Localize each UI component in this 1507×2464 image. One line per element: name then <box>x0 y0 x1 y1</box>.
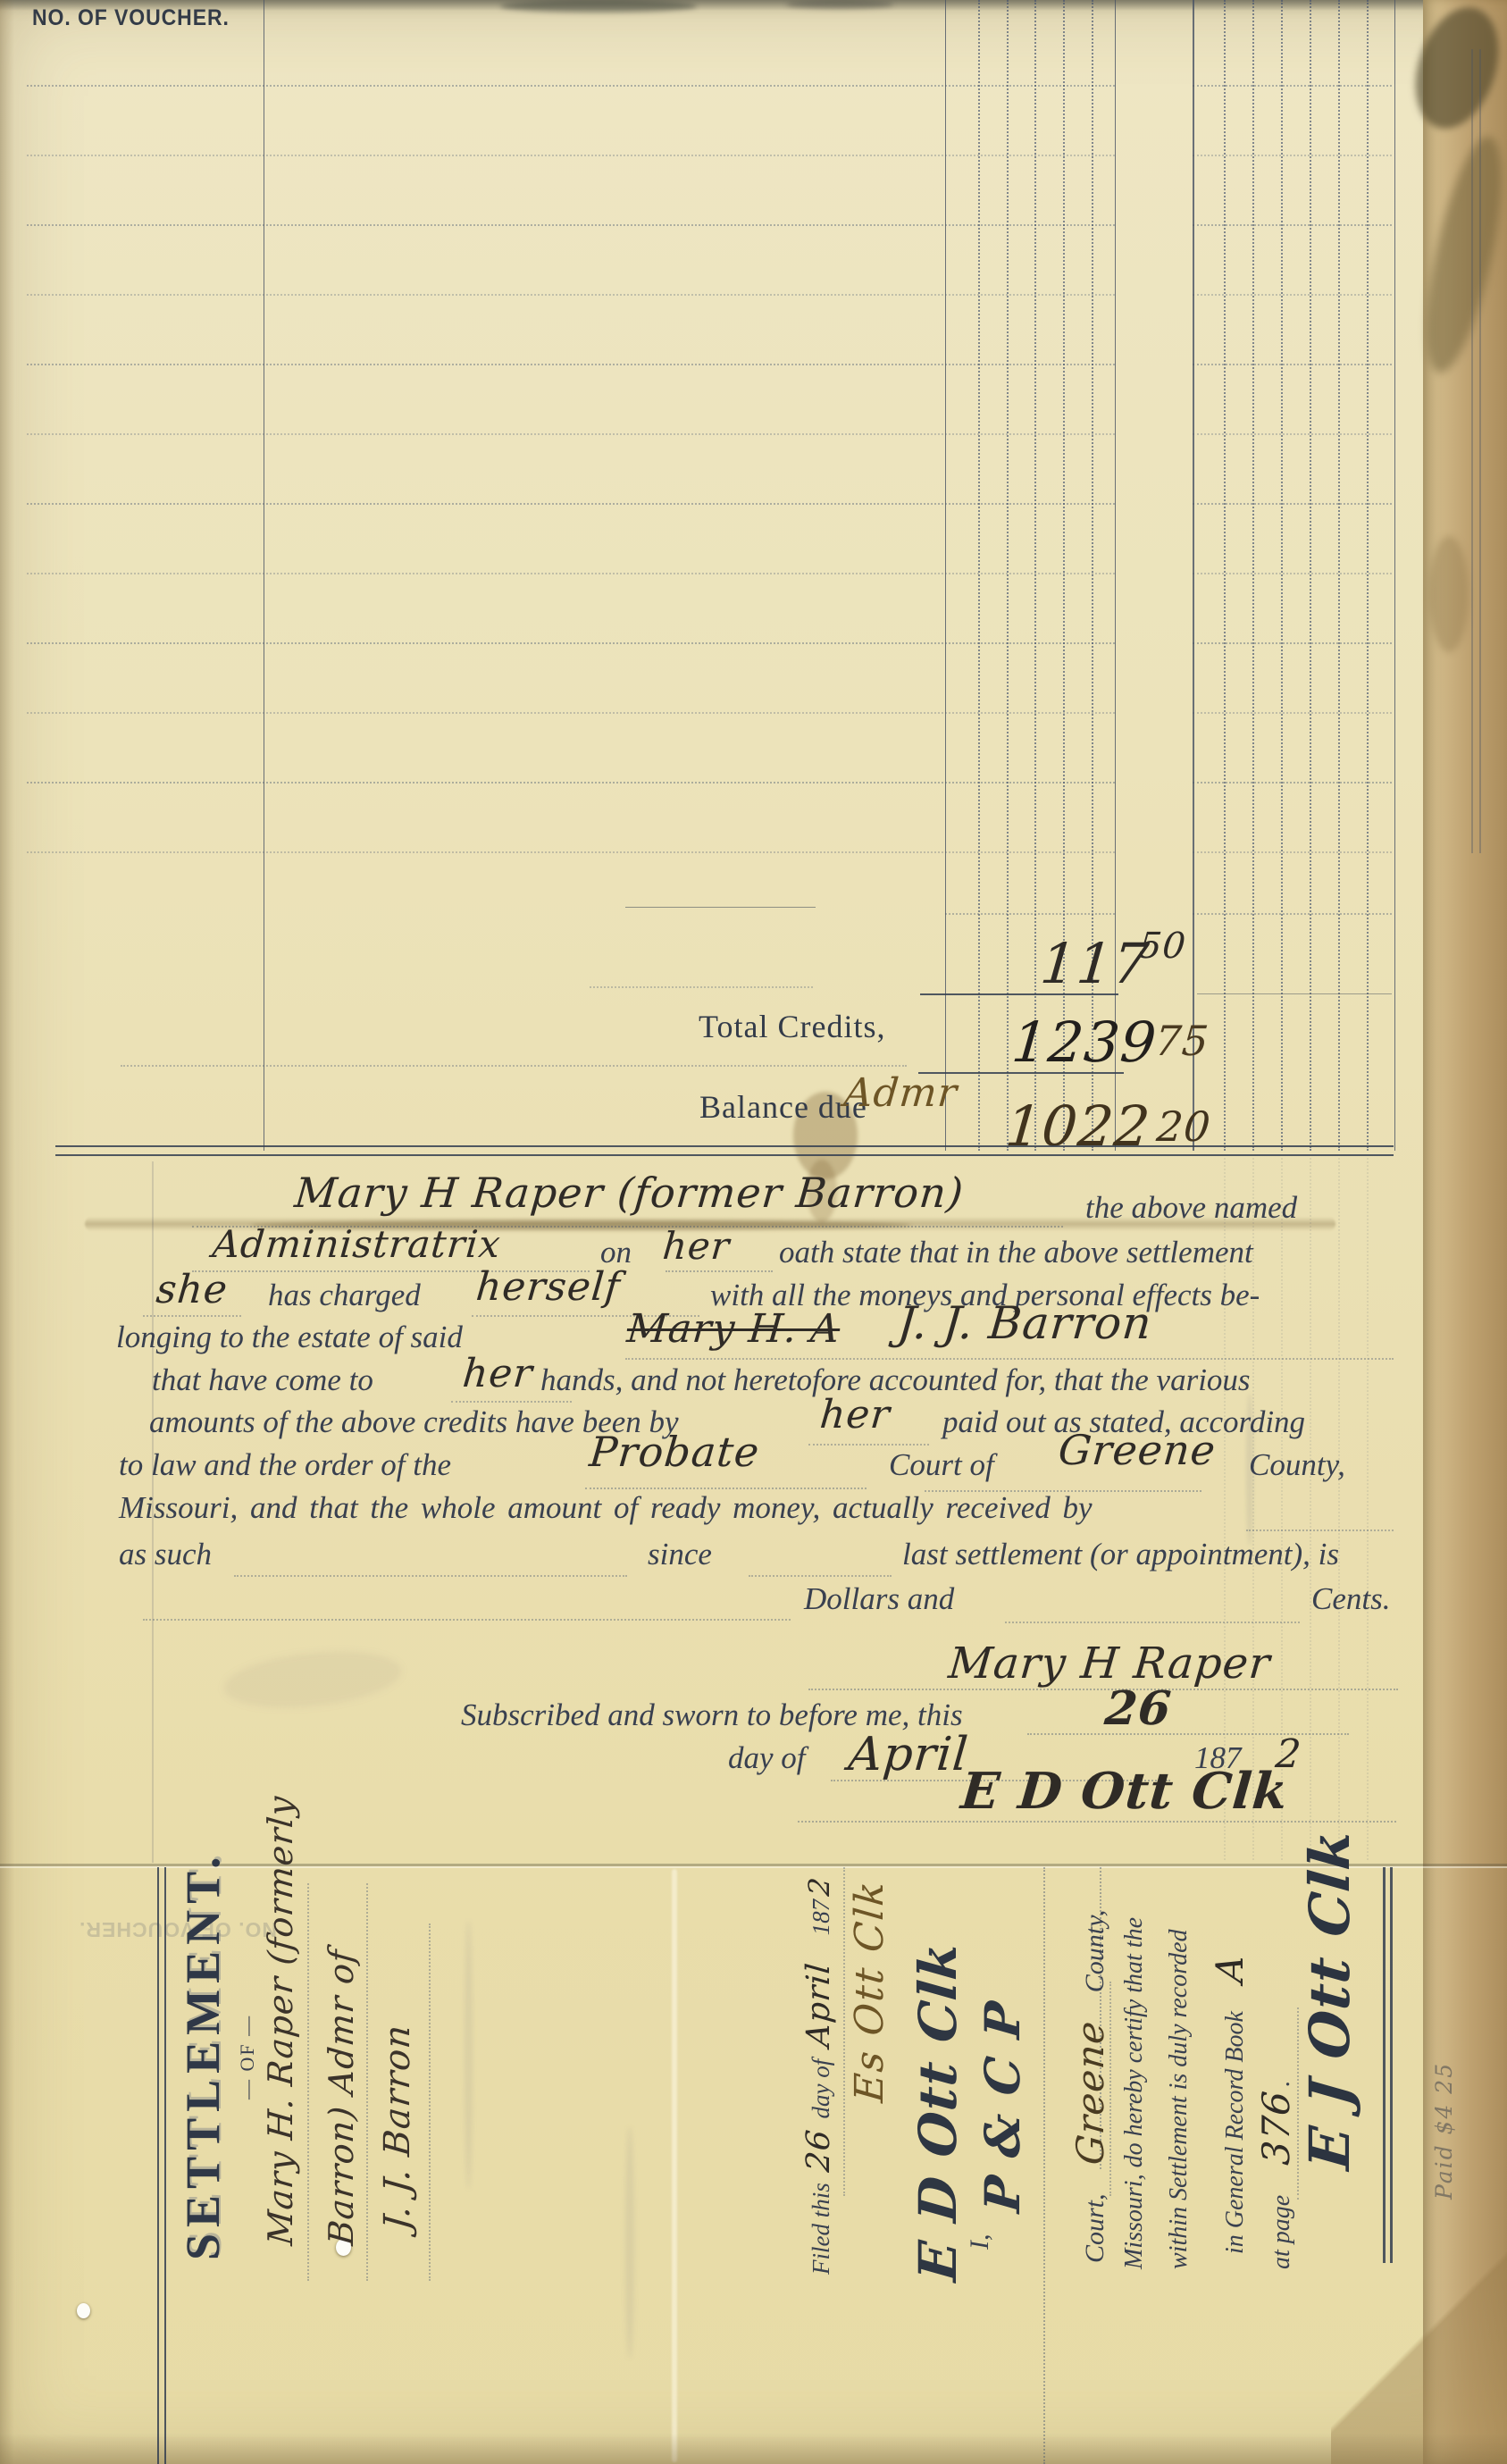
amount-dollars: 1022 <box>1003 1094 1153 1159</box>
filed-text: Filed this <box>808 2183 834 2275</box>
docket-clerk-signature-small: Es Ott Clk <box>847 1878 892 2104</box>
blank-line <box>366 1883 368 2281</box>
affidavit-her-hw: her <box>461 1351 535 1396</box>
affidavit-text: longing to the estate of said <box>116 1320 463 1355</box>
rule <box>590 986 813 988</box>
ledger-row-line <box>1193 573 1392 574</box>
money-column-dotted-rule <box>1007 0 1009 1151</box>
ledger-row-line <box>27 503 1115 505</box>
docket-clerk-signature-right: E J Ott Clk <box>1297 1827 1362 2172</box>
docket-double-rule-right <box>1383 1867 1386 2263</box>
affidavit-her-hw: her <box>818 1392 892 1437</box>
money-column-bleed-rule <box>1338 1158 1340 1860</box>
ledger-column-rule <box>264 0 264 1151</box>
jurat-text: day of <box>728 1740 806 1776</box>
ledger-row-line <box>27 85 1115 87</box>
money-column-dotted-rule <box>1224 0 1226 1151</box>
filed-year-hw: 2 <box>802 1875 836 1898</box>
blank-line <box>234 1575 627 1577</box>
cert-text: within Settlement is duly recorded <box>1165 1929 1193 2269</box>
docket-double-rule-right <box>1390 1867 1393 2263</box>
amount-cents: 75 <box>1153 1017 1211 1065</box>
total-credits-label: Total Credits, <box>699 1008 885 1045</box>
blank-line <box>143 1619 791 1621</box>
rule <box>625 907 816 908</box>
money-column-bleed-rule <box>1310 1158 1311 1860</box>
affidavit-name-hw: Mary H Raper (former Barron) <box>293 1169 967 1217</box>
docket-rule <box>1043 1867 1045 2464</box>
affidavit-text: County, <box>1249 1447 1345 1483</box>
paid-fee-note: Paid $4 25 <box>1431 2062 1457 2200</box>
filed-day-hw: 26 <box>800 2128 837 2174</box>
ledger-row-line <box>1193 155 1392 156</box>
money-column-dotted-rule <box>978 0 980 1151</box>
cert-book-hw: A <box>1208 1953 1252 1985</box>
ledger-row-line <box>1193 224 1392 226</box>
ledger-column-rule <box>945 0 946 1151</box>
docket-double-rule <box>164 1867 166 2464</box>
blank-line <box>1246 1530 1394 1531</box>
document-scan: NO. OF VOUCHER. Total Credits, Balance d… <box>0 0 1507 2464</box>
money-column-bleed-rule <box>1367 1158 1369 1860</box>
cert-book-line: in General Record Book A <box>1208 1955 1252 2254</box>
affidavit-text: Dollars and <box>804 1581 954 1617</box>
money-column-dotted-rule <box>1252 0 1254 1151</box>
ledger-row-line <box>27 782 1115 784</box>
affidavit-text: that have come to <box>152 1362 373 1398</box>
edge-rule <box>1471 49 1473 853</box>
ledger-column-rule <box>1193 0 1194 1151</box>
clerk-signature: E D Ott Clk <box>959 1762 1291 1821</box>
affidavit-text: Cents. <box>1311 1581 1390 1617</box>
affidavit-struck-name-hw: Mary H. A <box>625 1306 842 1352</box>
docket-of-label: — OF — <box>236 2015 259 2099</box>
money-column-dotted-rule <box>1367 0 1369 1151</box>
jurat-day-hw: 26 <box>1102 1681 1174 1736</box>
ledger-column-rule <box>1394 0 1395 1151</box>
affidavit-role-hw: Administratrix <box>211 1222 503 1266</box>
amount-dollars: 1239 <box>1009 1010 1160 1075</box>
affidavit-text: Missouri, and that the whole amount of r… <box>119 1490 1093 1526</box>
cert-text: Missouri, do hereby certify that the <box>1120 1917 1149 2269</box>
rule <box>121 1065 907 1067</box>
cert-text: I, <box>965 2234 995 2250</box>
ledger-row-line <box>1193 782 1392 784</box>
voucher-column-header: NO. OF VOUCHER. <box>32 5 230 31</box>
cert-court-line: Court, Greene County, <box>1068 1910 1112 2263</box>
ledger-row-line <box>1193 712 1392 714</box>
affidavit-her-hw: her <box>661 1224 732 1268</box>
cert-text: at page <box>1268 2195 1295 2269</box>
cert-county-hw: Greene <box>1068 2019 1112 2167</box>
ledger-row-line <box>27 851 1115 853</box>
affidavit-text: to law and the order of the <box>119 1447 451 1483</box>
blank-line <box>843 1867 845 2196</box>
closing-double-rule <box>55 1145 1394 1147</box>
affidavit-text: has charged <box>268 1278 421 1313</box>
affidavit-county-hw: Greene <box>1057 1426 1218 1474</box>
cert-text: County, <box>1080 1910 1109 1993</box>
closing-double-rule <box>55 1154 1394 1156</box>
amount-cents: 20 <box>1155 1102 1213 1151</box>
filed-text: day of <box>808 2059 834 2119</box>
affidavit-decedent-hw: J. J. Barron <box>895 1297 1154 1349</box>
affidavit-text: oath state that in the above settlement <box>779 1235 1253 1270</box>
affidavit-she-hw: she <box>155 1267 230 1312</box>
ledger-row-line <box>1193 433 1392 435</box>
ledger-row-line <box>1193 913 1392 915</box>
affidavit-text: last settlement (or appointment), is <box>902 1537 1339 1572</box>
blank-line <box>625 1358 1394 1360</box>
signature-line <box>808 1689 1398 1690</box>
ledger-row-line <box>945 913 1115 915</box>
affidavit-text: since <box>648 1537 712 1572</box>
blank-line <box>808 1444 929 1446</box>
amount-dollars: 117 <box>1038 931 1152 996</box>
edge-rule <box>1479 49 1481 853</box>
affidavit-text: as such <box>119 1537 212 1572</box>
filed-text: 187 <box>808 1899 834 1936</box>
ledger-row-line <box>1193 503 1392 505</box>
rule <box>1197 993 1392 994</box>
docket-name-line: Mary H. Raper (formerly <box>261 1794 300 2247</box>
blank-line <box>1109 1982 1111 2196</box>
affidavit-text: hands, and not heretofore accounted for,… <box>540 1362 1251 1398</box>
ledger-row-line <box>27 433 1115 435</box>
docket-name-line: J. J. Barron <box>377 2023 418 2232</box>
ledger-row-line <box>1193 851 1392 853</box>
docket-panel: SETTLEMENT. — OF — Mary H. Raper (former… <box>54 1867 1394 2464</box>
blank-line <box>307 1883 309 2281</box>
docket-clerk-signature-big2: P & C P <box>974 1999 1031 2215</box>
cert-text: Court, <box>1080 2193 1109 2263</box>
docket-name-line: Barron) Admr of <box>322 1948 361 2247</box>
affidavit-herself-hw: herself <box>474 1264 623 1310</box>
blank-line <box>749 1575 892 1577</box>
blank-line <box>451 1401 572 1403</box>
ledger-row-line <box>1193 85 1392 87</box>
ledger-row-line <box>27 364 1115 365</box>
docket-title: SETTLEMENT. <box>175 1850 230 2260</box>
blank-line <box>585 1488 867 1489</box>
docket-double-rule <box>157 1867 159 2464</box>
money-column-dotted-rule <box>1338 0 1340 1151</box>
blank-line <box>429 1923 431 2281</box>
signature-line <box>798 1821 1396 1823</box>
ledger-row-line <box>1193 364 1392 365</box>
ledger-row-line <box>27 155 1115 156</box>
docket-filed-line: Filed this 26 day of April 187 2 <box>800 1877 837 2275</box>
affidavit-text: Court of <box>889 1447 994 1483</box>
cert-page-line: at page 376 . <box>1254 2081 1298 2269</box>
cert-text: in General Record Book <box>1221 2011 1249 2254</box>
money-column-dotted-rule <box>1281 0 1283 1151</box>
ledger-row-line <box>27 573 1115 574</box>
blank-line <box>666 1270 773 1272</box>
docket-clerk-signature-big: E D Ott Clk <box>908 1940 968 2284</box>
balance-due-annotation: Admr <box>842 1070 959 1116</box>
affidavit-text: the above named <box>1085 1190 1297 1226</box>
ledger-row-line <box>27 224 1115 226</box>
ledger-row-line <box>1193 642 1392 644</box>
jurat-month-hw: April <box>846 1728 970 1781</box>
filed-month-hw: April <box>800 1961 837 2049</box>
ledger-row-line <box>27 294 1115 296</box>
cert-text: . <box>1268 2081 1295 2087</box>
money-column-dotted-rule <box>1310 0 1311 1151</box>
blank-line <box>1005 1622 1300 1623</box>
ledger-row-line <box>27 642 1115 644</box>
blank-line <box>143 1315 241 1317</box>
ledger-row-line <box>27 712 1115 714</box>
money-column-dotted-rule <box>1034 0 1036 1151</box>
amount-cents: 50 <box>1137 926 1188 967</box>
cert-page-hw: 376 <box>1254 2088 1298 2166</box>
paid-note-wrapper: Paid $4 25 <box>1431 2007 1472 2200</box>
affidavit-court-hw: Probate <box>588 1428 762 1476</box>
ledger-row-line <box>1193 294 1392 296</box>
